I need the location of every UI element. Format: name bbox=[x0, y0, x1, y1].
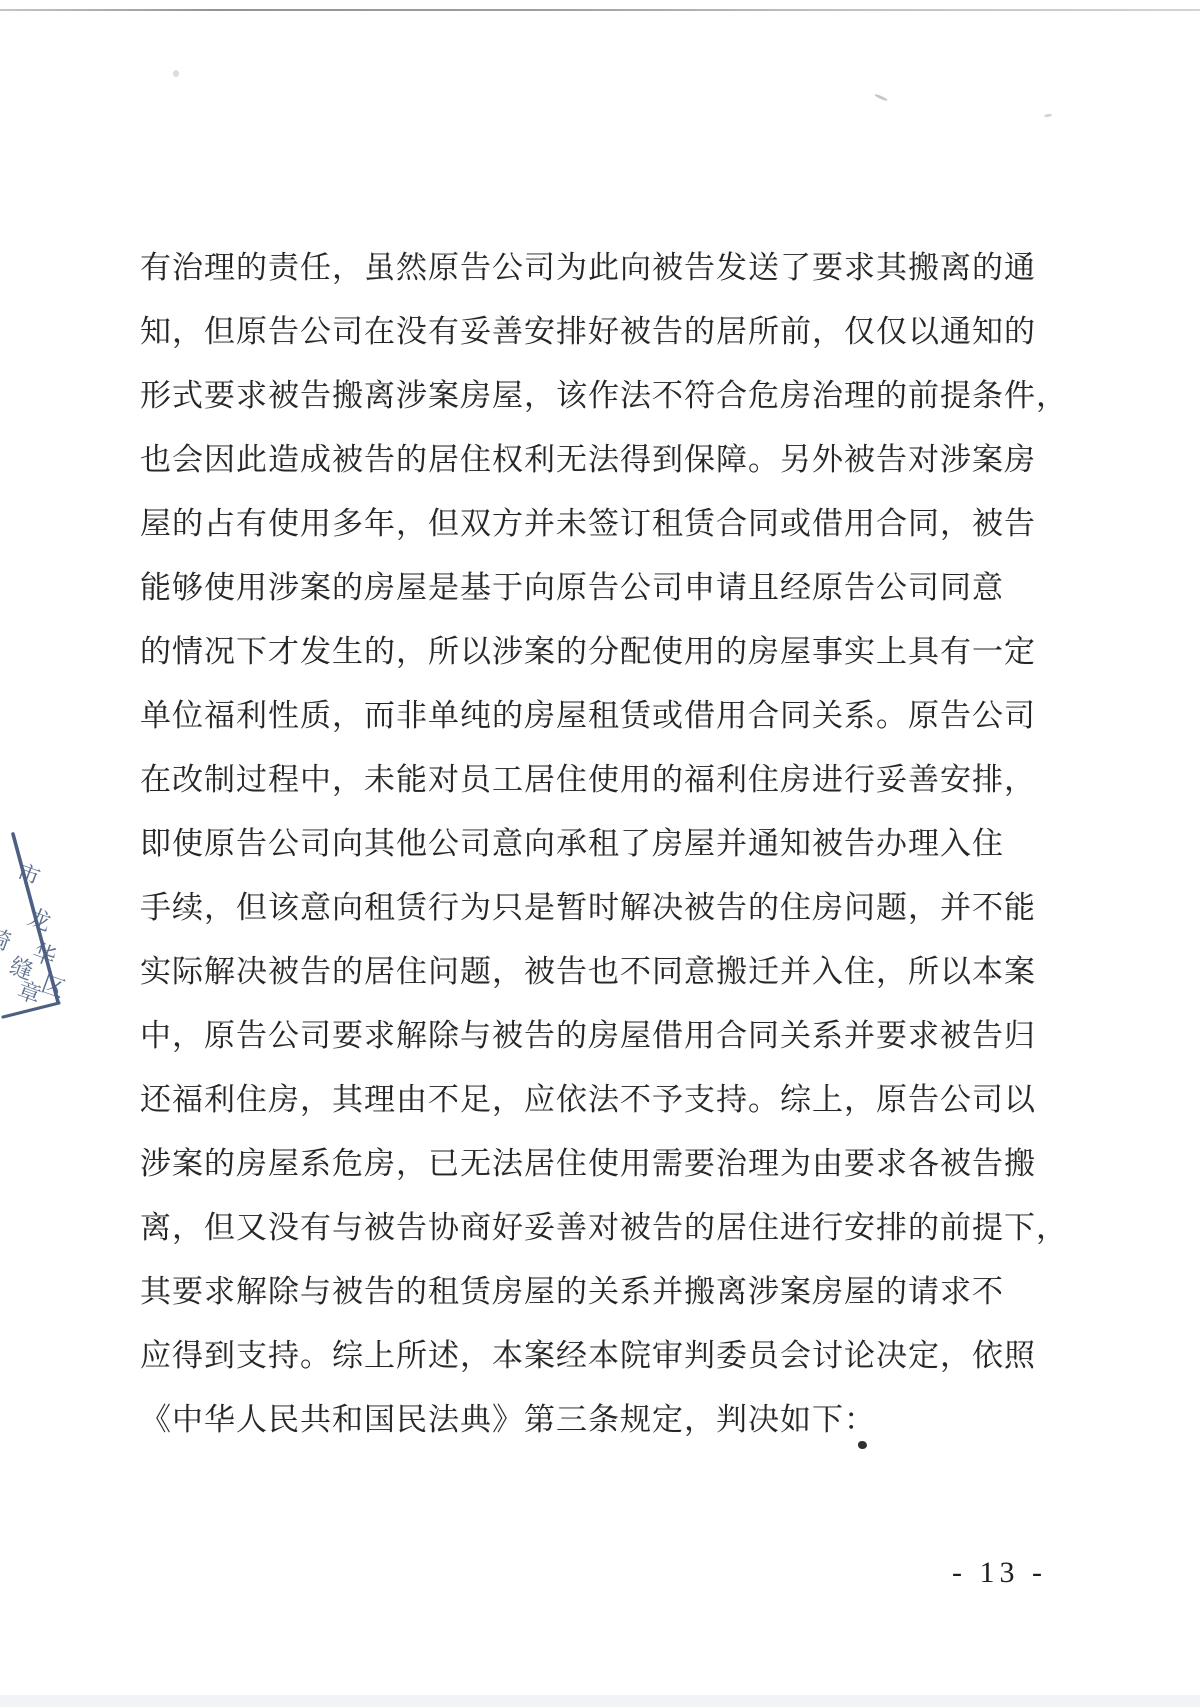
scan-speck bbox=[874, 93, 888, 101]
text-line: 即使原告公司向其他公司意向承租了房屋并通知被告办理入住 bbox=[140, 812, 1100, 876]
text-line: 实际解决被告的居住问题，被告也不同意搬迁并入住，所以本案 bbox=[140, 940, 1100, 1004]
text-line: 中，原告公司要求解除与被告的房屋借用合同关系并要求被告归 bbox=[140, 1004, 1100, 1068]
seal-char: 龙 bbox=[24, 904, 54, 935]
scan-bottom-edge-artifact bbox=[0, 1695, 1200, 1707]
text-line: 单位福利性质，而非单纯的房屋租赁或借用合同关系。原告公司 bbox=[140, 684, 1100, 748]
text-line: 形式要求被告搬离涉案房屋，该作法不符合危房治理的前提条件， bbox=[140, 364, 1100, 428]
seal-char: 骑 bbox=[0, 924, 14, 955]
scan-top-edge-artifact bbox=[0, 9, 1200, 11]
text-line: 知，但原告公司在没有妥善安排好被告的居所前，仅仅以通知的 bbox=[140, 300, 1100, 364]
judgment-text-block: 有治理的责任，虽然原告公司为此向被告发送了要求其搬离的通 知，但原告公司在没有妥… bbox=[140, 236, 1100, 1452]
document-page: 市 龙 骑 华 缝 章 区 有治理的责任，虽然原告公司为此向被告发送了要求其搬离… bbox=[0, 0, 1200, 1707]
court-seal-stamp: 市 龙 骑 华 缝 章 区 bbox=[0, 826, 72, 1032]
text-line: 还福利住房，其理由不足，应依法不予支持。综上，原告公司以 bbox=[140, 1068, 1100, 1132]
text-line: 有治理的责任，虽然原告公司为此向被告发送了要求其搬离的通 bbox=[140, 236, 1100, 300]
text-line: 的情况下才发生的，所以涉案的分配使用的房屋事实上具有一定 bbox=[140, 620, 1100, 684]
scan-speck bbox=[1044, 113, 1052, 117]
scan-speck bbox=[173, 70, 179, 77]
seal-characters: 市 龙 骑 华 缝 章 区 bbox=[0, 860, 68, 1009]
text-line: 手续，但该意向租赁行为只是暂时解决被告的住房问题，并不能 bbox=[140, 876, 1100, 940]
text-line: 能够使用涉案的房屋是基于向原告公司申请且经原告公司同意 bbox=[140, 556, 1100, 620]
text-line: 其要求解除与被告的租赁房屋的关系并搬离涉案房屋的请求不 bbox=[140, 1260, 1100, 1324]
text-line: 应得到支持。综上所述，本案经本院审判委员会讨论决定，依照 bbox=[140, 1324, 1100, 1388]
text-line: 涉案的房屋系危房，已无法居住使用需要治理为由要求各被告搬 bbox=[140, 1132, 1100, 1196]
page-number: - 13 - bbox=[952, 1556, 1047, 1590]
text-line: 在改制过程中，未能对员工居住使用的福利住房进行妥善安排， bbox=[140, 748, 1100, 812]
text-line: 屋的占有使用多年，但双方并未签订租赁合同或借用合同，被告 bbox=[140, 492, 1100, 556]
text-line: 《中华人民共和国民法典》第三条规定，判决如下： bbox=[140, 1388, 1100, 1452]
text-line: 离，但又没有与被告协商好妥善对被告的居住进行安排的前提下， bbox=[140, 1196, 1100, 1260]
seal-char: 区 bbox=[38, 971, 68, 1002]
scan-speck bbox=[858, 1441, 867, 1449]
seal-char: 市 bbox=[13, 860, 43, 891]
text-line: 也会因此造成被告的居住权利无法得到保障。另外被告对涉案房 bbox=[140, 428, 1100, 492]
